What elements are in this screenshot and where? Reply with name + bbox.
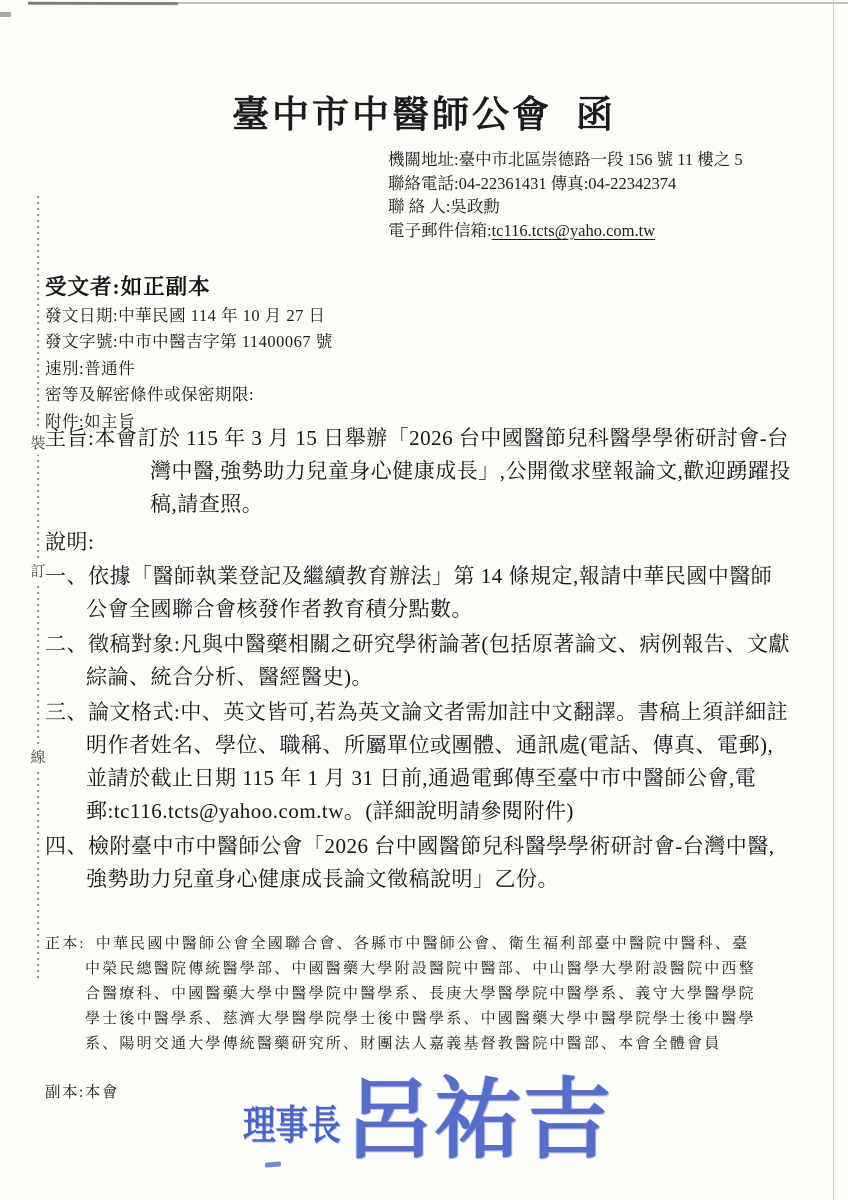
stamp-title: 理事長	[243, 1092, 341, 1151]
stamp-ink-dash	[265, 1161, 281, 1167]
scan-edge-top-dark	[28, 2, 178, 6]
explanation-item-2: 二、徵稿對象:凡與中醫藥相關之研究學術論著(包括原著論文、病例報告、文獻綜論、統…	[45, 628, 793, 694]
original-copies-list: 中華民國中醫師公會全國聯合會、各縣市中醫師公會、衛生福利部臺中醫院中醫科、臺中榮…	[85, 936, 756, 1052]
contact-email-value: tc116.tcts@yaho.com.tw	[492, 221, 656, 240]
distribution-block: 正本:中華民國中醫師公會全國聯合會、各縣市中醫師公會、衛生福利部臺中醫院中醫科、…	[45, 932, 757, 1057]
meta-doc-number: 發文字號:中市中醫吉字第 11400067 號	[45, 329, 333, 355]
meta-issue-date: 發文日期:中華民國 114 年 10 月 27 日	[45, 303, 333, 329]
contact-block: 機關地址:臺中市北區崇德路一段 156 號 11 樓之 5 聯絡電話:04-22…	[388, 148, 743, 242]
letter-body: 主旨:本會訂於 115 年 3 月 15 日舉辦「2026 台中國醫節兒科醫學學…	[45, 422, 793, 898]
binding-dotted-line	[37, 196, 39, 982]
stamp-name: 呂祐吉	[345, 1076, 612, 1168]
scan-mark-corner	[0, 12, 11, 17]
org-name: 臺中市中醫師公會	[232, 95, 552, 136]
explanation-item-3: 三、論文格式:中、英文皆可,若為英文論文者需加註中文翻譯。書稿上須詳細註明作者姓…	[45, 696, 793, 828]
subject-paragraph: 主旨:本會訂於 115 年 3 月 15 日舉辦「2026 台中國醫節兒科醫學學…	[45, 422, 793, 521]
scanned-official-letter: 裝 訂 線 臺中市中醫師公會函 機關地址:臺中市北區崇德路一段 156 號 11…	[0, 0, 848, 1200]
subject-text: 本會訂於 115 年 3 月 15 日舉辦「2026 台中國醫節兒科醫學學術研討…	[94, 426, 790, 516]
original-copies-label: 正本:	[45, 936, 86, 952]
explanation-item-4: 四、檢附臺中市中醫師公會「2026 台中國醫節兒科醫學學術研討會-台灣中醫,強勢…	[45, 830, 793, 896]
recipient-line: 受文者:如正副本	[45, 270, 211, 301]
cc-line: 副本:本會	[45, 1080, 119, 1102]
subject-label: 主旨:	[45, 426, 94, 450]
meta-priority: 速別:普通件	[45, 356, 333, 382]
contact-person: 聯 絡 人:吳政勳	[388, 195, 743, 219]
explanation-heading: 說明:	[45, 526, 793, 559]
contact-phone-fax: 聯絡電話:04-22361431 傳真:04-22342374	[388, 172, 743, 196]
explanation-item-1: 一、依據「醫師執業登記及繼續教育辦法」第 14 條規定,報請中華民國中醫師公會全…	[45, 560, 793, 626]
contact-address: 機關地址:臺中市北區崇德路一段 156 號 11 樓之 5	[388, 148, 743, 172]
meta-classification: 密等及解密條件或保密期限:	[45, 382, 333, 408]
scan-fold-line	[833, 0, 834, 1200]
document-title: 臺中市中醫師公會函	[0, 84, 848, 138]
meta-block: 發文日期:中華民國 114 年 10 月 27 日 發文字號:中市中醫吉字第 1…	[45, 303, 333, 435]
contact-email: 電子郵件信箱:tc116.tcts@yaho.com.tw	[388, 219, 743, 243]
original-copies-line: 正本:中華民國中醫師公會全國聯合會、各縣市中醫師公會、衛生福利部臺中醫院中醫科、…	[45, 932, 757, 1057]
doc-type: 函	[576, 95, 616, 136]
president-stamp: 理事長 呂祐吉	[243, 1078, 643, 1193]
